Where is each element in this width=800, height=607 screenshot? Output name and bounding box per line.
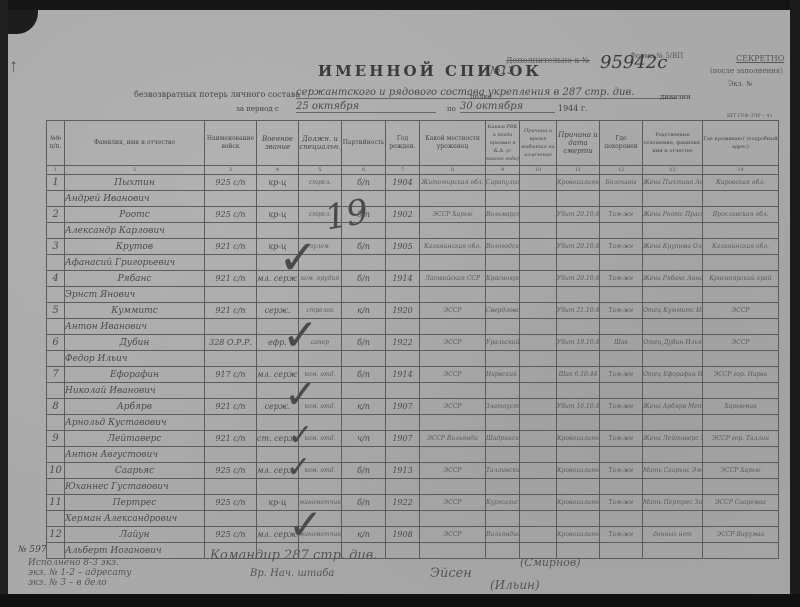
header-name: Фамилия, имя и отчество bbox=[65, 121, 205, 166]
cell-empty bbox=[47, 543, 65, 559]
party: б/п bbox=[342, 367, 386, 383]
birth-year: 1905 bbox=[386, 239, 420, 255]
birth-year: 1914 bbox=[386, 367, 420, 383]
cell-empty bbox=[420, 191, 486, 207]
check-mark-icon: ✓ bbox=[288, 500, 323, 549]
classification-stamp: СЕКРЕТНО bbox=[736, 54, 784, 63]
surname: Ефорафин bbox=[65, 367, 205, 383]
buried: Там-же bbox=[600, 367, 643, 383]
cell-empty bbox=[386, 415, 420, 431]
party: б/п bbox=[342, 271, 386, 287]
row-number: 10 bbox=[47, 463, 65, 479]
cell-empty bbox=[557, 319, 600, 335]
row-number: 1 bbox=[47, 175, 65, 191]
colnum: 3 bbox=[205, 166, 257, 175]
distribution-note: Исполнено 8-3 экз. экз. № 1-2 – адресату… bbox=[28, 558, 131, 588]
cell-empty bbox=[420, 319, 486, 335]
address: ЭССР гор. Таллин bbox=[703, 431, 779, 447]
cell-empty bbox=[557, 383, 600, 399]
cell-empty bbox=[420, 287, 486, 303]
birthplace: ЭССР bbox=[420, 463, 486, 479]
cell-empty bbox=[600, 415, 643, 431]
address: Калининская обл. bbox=[703, 239, 779, 255]
cell-empty bbox=[643, 287, 703, 303]
cell-empty bbox=[342, 383, 386, 399]
cause-death: Убит 16.10.44 bbox=[557, 399, 600, 415]
party: б/п bbox=[342, 239, 386, 255]
row-number: 6 bbox=[47, 335, 65, 351]
buried: Там-же bbox=[600, 271, 643, 287]
header-unit: Наименование войск bbox=[205, 121, 257, 166]
title-number: №13 bbox=[490, 64, 514, 77]
cell-empty bbox=[420, 383, 486, 399]
check-mark-icon: ✓ bbox=[284, 372, 318, 418]
cell-empty bbox=[486, 255, 520, 271]
cell-empty bbox=[703, 287, 779, 303]
cause-time bbox=[520, 239, 557, 255]
cell-empty bbox=[486, 287, 520, 303]
header-buried: Где похоронен bbox=[600, 121, 643, 166]
cell-empty bbox=[342, 479, 386, 495]
header-party: Партийность bbox=[342, 121, 386, 166]
cell-empty bbox=[557, 447, 600, 463]
relative: Жена Арбярв Мета bbox=[643, 399, 703, 415]
cell-empty bbox=[47, 511, 65, 527]
birthplace: ЭССР Харью bbox=[420, 207, 486, 223]
cell-empty bbox=[47, 319, 65, 335]
cell-empty bbox=[386, 319, 420, 335]
colnum: 8 bbox=[420, 166, 486, 175]
period-from-date: 25 октября bbox=[296, 101, 436, 113]
casualty-table: №№ п/п. Фамилия, имя и отчество Наименов… bbox=[46, 120, 779, 559]
cell-empty bbox=[205, 319, 257, 335]
period-from-label: за период с bbox=[236, 105, 279, 113]
given-name: Александр Карлович bbox=[65, 223, 205, 239]
header-cause-death: Причина и дата смерти bbox=[557, 121, 600, 166]
birthplace: Житомирская обл. bbox=[420, 175, 486, 191]
cause-death: Кровоизлияние 20.10.44 bbox=[557, 431, 600, 447]
division-label: дивизии bbox=[660, 93, 691, 101]
cell-empty bbox=[342, 255, 386, 271]
cell-empty bbox=[520, 383, 557, 399]
cell-empty bbox=[205, 447, 257, 463]
cell-empty bbox=[386, 255, 420, 271]
cell-empty bbox=[299, 287, 342, 303]
cell-empty bbox=[342, 351, 386, 367]
cell-empty bbox=[703, 415, 779, 431]
header-row: №№ п/п. Фамилия, имя и отчество Наименов… bbox=[47, 121, 779, 166]
table-row-continued: Андрей Иванович bbox=[47, 191, 779, 207]
cell-empty bbox=[520, 319, 557, 335]
cell-empty bbox=[520, 255, 557, 271]
address: Красноярский край bbox=[703, 271, 779, 287]
relative: Жена Роотс Прасковья Сергеевна bbox=[643, 207, 703, 223]
buried: Там-же bbox=[600, 431, 643, 447]
cell-empty bbox=[600, 383, 643, 399]
scan-border-left bbox=[0, 0, 8, 607]
table-row: 5Куммитс921 с/псерж.стрелокк/п1920ЭССРСв… bbox=[47, 303, 779, 319]
signature-ilyin: (Ильин) bbox=[490, 578, 540, 592]
birth-year: 1922 bbox=[386, 335, 420, 351]
unit: 925 с/п bbox=[205, 463, 257, 479]
party: б/п bbox=[342, 463, 386, 479]
copy-number-label: Экз. № bbox=[728, 80, 753, 88]
party: ч/п bbox=[342, 431, 386, 447]
conscripted: Уральский РВК 1941 bbox=[486, 335, 520, 351]
period-to-label: по bbox=[447, 105, 456, 113]
relative: Отец Дубин Илья bbox=[643, 335, 703, 351]
check-mark-icon: ✓ bbox=[288, 418, 313, 453]
cell-empty bbox=[600, 511, 643, 527]
colnum: 11 bbox=[557, 166, 600, 175]
cause-death: Убит 20.10.44 bbox=[557, 271, 600, 287]
handwritten-count: 19 bbox=[322, 192, 372, 239]
cause-death: Кровоизлияние 20.10.44 bbox=[557, 495, 600, 511]
cell-empty bbox=[520, 191, 557, 207]
cell-empty bbox=[420, 447, 486, 463]
party: б/п bbox=[342, 175, 386, 191]
form-number: Форма № 5/ВП bbox=[630, 52, 683, 60]
party: б/п bbox=[342, 495, 386, 511]
cell-empty bbox=[703, 255, 779, 271]
conscripted: Вологодский РВК 1941 bbox=[486, 239, 520, 255]
conscripted: Красноярский РВК 1941 bbox=[486, 271, 520, 287]
table-row: 9Лейтаверс921 с/пст. серж.ком. отд.ч/п19… bbox=[47, 431, 779, 447]
cell-empty bbox=[486, 383, 520, 399]
cell-empty bbox=[557, 511, 600, 527]
cause-death: Кровоизлияние 20.10.44 bbox=[557, 527, 600, 543]
table-row-continued: Юханнес Густавович bbox=[47, 479, 779, 495]
birth-year: 1907 bbox=[386, 431, 420, 447]
cell-empty bbox=[47, 223, 65, 239]
table-row: 7Ефорафин917 с/пмл. серж.ком. отд.б/п191… bbox=[47, 367, 779, 383]
cell-empty bbox=[386, 511, 420, 527]
cell-empty bbox=[643, 351, 703, 367]
surname: Пыхтин bbox=[65, 175, 205, 191]
cause-death: Убит 20.10.44 bbox=[557, 207, 600, 223]
address: ЭССР гор. Нарва bbox=[703, 367, 779, 383]
given-name: Николай Иванович bbox=[65, 383, 205, 399]
row-number: 2 bbox=[47, 207, 65, 223]
birth-year: 1908 bbox=[386, 527, 420, 543]
check-mark-icon: ✓ bbox=[286, 450, 311, 485]
given-name: Арнольд Куставович bbox=[65, 415, 205, 431]
unit: 921 с/п bbox=[205, 303, 257, 319]
table-row: 11Пертрес925 с/пкр-цминометчикб/п1922ЭСС… bbox=[47, 495, 779, 511]
cell-empty bbox=[47, 447, 65, 463]
cell-empty bbox=[386, 447, 420, 463]
scan-border-bottom bbox=[0, 594, 800, 607]
cell-empty bbox=[386, 479, 420, 495]
unit: 328 О.Р.Р. bbox=[205, 335, 257, 351]
table-row: 2Роотс925 с/пкр-цстрел.б/п1902ЭССР Харью… bbox=[47, 207, 779, 223]
buried: Там-же bbox=[600, 495, 643, 511]
cell-empty bbox=[486, 479, 520, 495]
colnum: 4 bbox=[257, 166, 299, 175]
cell-empty bbox=[420, 415, 486, 431]
check-mark-icon: ✓ bbox=[282, 310, 319, 361]
colnum: 6 bbox=[342, 166, 386, 175]
relative: данных нет bbox=[643, 527, 703, 543]
relative: Отец Куммитс Иван bbox=[643, 303, 703, 319]
cell-empty bbox=[205, 383, 257, 399]
scan-border-top bbox=[0, 0, 800, 10]
relative: Жена Рябанс Анна bbox=[643, 271, 703, 287]
unit: 925 с/п bbox=[205, 495, 257, 511]
check-mark-icon: ✓ bbox=[278, 230, 318, 286]
page-number: № 597 bbox=[18, 545, 47, 555]
unit: 925 с/п bbox=[205, 527, 257, 543]
cell-empty bbox=[342, 319, 386, 335]
cell-empty bbox=[47, 383, 65, 399]
birthplace: ЭССР bbox=[420, 399, 486, 415]
surname: Лейтаверс bbox=[65, 431, 205, 447]
cell-empty bbox=[420, 543, 486, 559]
table-row-continued: Афанасий Григорьевич bbox=[47, 255, 779, 271]
cell-empty bbox=[643, 383, 703, 399]
cell-empty bbox=[643, 543, 703, 559]
cell-empty bbox=[386, 383, 420, 399]
address: ЭССР bbox=[703, 335, 779, 351]
colnum: 9 bbox=[486, 166, 520, 175]
party: к/п bbox=[342, 399, 386, 415]
unit: 921 с/п bbox=[205, 239, 257, 255]
buried: Там-же bbox=[600, 207, 643, 223]
cell-empty bbox=[420, 479, 486, 495]
after-filling-note: (после заполнения) bbox=[710, 67, 783, 75]
rank: кр-ц bbox=[257, 207, 299, 223]
relative: Мать Саарьяс Эмилия bbox=[643, 463, 703, 479]
cell-empty bbox=[205, 415, 257, 431]
row-number: 12 bbox=[47, 527, 65, 543]
cell-empty bbox=[47, 351, 65, 367]
cause-time bbox=[520, 431, 557, 447]
cell-empty bbox=[643, 191, 703, 207]
given-name: Херман Александрович bbox=[65, 511, 205, 527]
relative: Отец Ефорафин Иван Павлович bbox=[643, 367, 703, 383]
conscripted: Вольмарский РВК bbox=[486, 207, 520, 223]
cell-empty bbox=[643, 223, 703, 239]
cell-empty bbox=[486, 351, 520, 367]
buried: Там-же bbox=[600, 303, 643, 319]
given-name: Федор Ильич bbox=[65, 351, 205, 367]
row-number: 9 bbox=[47, 431, 65, 447]
colnum: 12 bbox=[600, 166, 643, 175]
table-row: 12Лайун925 с/пмл. серж.минометчикк/п1908… bbox=[47, 527, 779, 543]
birth-year: 1922 bbox=[386, 495, 420, 511]
buried: Там-же bbox=[600, 463, 643, 479]
table-row-continued: Александр Карлович bbox=[47, 223, 779, 239]
cell-empty bbox=[520, 287, 557, 303]
cell-empty bbox=[600, 543, 643, 559]
cause-death: Убит 20.10.44 bbox=[557, 239, 600, 255]
form-code: ШТ ГЕФ ЗЧР – 41 bbox=[727, 113, 773, 119]
cause-time bbox=[520, 527, 557, 543]
cell-empty bbox=[703, 223, 779, 239]
row-number: 3 bbox=[47, 239, 65, 255]
address: Кировская обл. bbox=[703, 175, 779, 191]
cause-time bbox=[520, 495, 557, 511]
cell-empty bbox=[205, 223, 257, 239]
table-row-continued: Херман Александрович bbox=[47, 511, 779, 527]
cell-empty bbox=[486, 543, 520, 559]
cell-empty bbox=[486, 319, 520, 335]
table-row: 8Арбярв921 с/псерж.ком. отд.к/п1907ЭССРЗ… bbox=[47, 399, 779, 415]
period-year: 1944 г. bbox=[558, 104, 588, 113]
cell-empty bbox=[557, 287, 600, 303]
cell-empty bbox=[47, 255, 65, 271]
table-row-continued: Антон Августович bbox=[47, 447, 779, 463]
cell-empty bbox=[420, 351, 486, 367]
cell-empty bbox=[557, 479, 600, 495]
address: Ярославская обл. bbox=[703, 207, 779, 223]
cell-empty bbox=[703, 351, 779, 367]
cause-death: Убит 21.10.44 bbox=[557, 303, 600, 319]
colnum: 10 bbox=[520, 166, 557, 175]
cell-empty bbox=[47, 479, 65, 495]
header-rank: Военное звание bbox=[257, 121, 299, 166]
cell-empty bbox=[643, 255, 703, 271]
rank: кр-ц bbox=[257, 175, 299, 191]
cell-empty bbox=[342, 511, 386, 527]
row-number: 4 bbox=[47, 271, 65, 287]
table-row-continued: Федор Ильич bbox=[47, 351, 779, 367]
cell-empty bbox=[600, 191, 643, 207]
cell-empty bbox=[386, 191, 420, 207]
cause-time bbox=[520, 303, 557, 319]
relative: Жена Пыхтина Анна bbox=[643, 175, 703, 191]
cell-empty bbox=[643, 415, 703, 431]
cell-empty bbox=[342, 287, 386, 303]
party: к/п bbox=[342, 303, 386, 319]
colnum: 2 bbox=[65, 166, 205, 175]
cell-empty bbox=[205, 479, 257, 495]
cell-empty bbox=[520, 351, 557, 367]
conscripted: Нарвский РВК 1941 bbox=[486, 367, 520, 383]
surname: Дубин bbox=[65, 335, 205, 351]
birthplace: Латвийская ССР bbox=[420, 271, 486, 287]
cell-empty bbox=[486, 191, 520, 207]
cell-empty bbox=[600, 447, 643, 463]
cell-empty bbox=[600, 223, 643, 239]
table-row-continued: Альберт Иоганович bbox=[47, 543, 779, 559]
table-row-continued: Арнольд Куставович bbox=[47, 415, 779, 431]
commander-signature-label: Командир 287 стр. див. bbox=[210, 548, 378, 563]
cell-empty bbox=[557, 255, 600, 271]
cell-empty bbox=[703, 511, 779, 527]
cell-empty bbox=[557, 223, 600, 239]
birth-year: 1904 bbox=[386, 175, 420, 191]
cause-death: Убит 19.10.44 bbox=[557, 335, 600, 351]
cell-empty bbox=[342, 447, 386, 463]
cause-death: Кровоизлияние 21.10.44 bbox=[557, 175, 600, 191]
cell-empty bbox=[600, 319, 643, 335]
address: ЭССР bbox=[703, 303, 779, 319]
column-number-row: 1 2 3 4 5 6 7 8 9 10 11 12 13 14 bbox=[47, 166, 779, 175]
header-relative-name: Родственные отношения, фамилия, имя и от… bbox=[643, 121, 703, 166]
relative: Жена Крутова Ольга bbox=[643, 239, 703, 255]
margin-mark: ᛏ bbox=[10, 60, 17, 74]
cell-empty bbox=[600, 479, 643, 495]
cell-empty bbox=[703, 383, 779, 399]
cell-empty bbox=[47, 191, 65, 207]
cell-empty bbox=[643, 319, 703, 335]
unit: 925 с/п bbox=[205, 207, 257, 223]
colnum: 5 bbox=[299, 166, 342, 175]
cause-time bbox=[520, 399, 557, 415]
cell-empty bbox=[703, 479, 779, 495]
cell-empty bbox=[386, 287, 420, 303]
birthplace: Калининская обл. bbox=[420, 239, 486, 255]
colnum: 1 bbox=[47, 166, 65, 175]
cell-empty bbox=[486, 415, 520, 431]
relative: Жена Лейтаверс Эльфрида bbox=[643, 431, 703, 447]
period-to-date: 30 октября bbox=[460, 101, 555, 113]
cause-death: Шак 6.10.44 bbox=[557, 367, 600, 383]
cause-time bbox=[520, 335, 557, 351]
header-conscripted: Каким РВК и когда призван в К.А. (с како… bbox=[486, 121, 520, 166]
cell-empty bbox=[600, 255, 643, 271]
cause-time bbox=[520, 207, 557, 223]
cell-empty bbox=[257, 287, 299, 303]
unit: 925 с/п bbox=[205, 175, 257, 191]
header-role: Должн. и специальн. bbox=[299, 121, 342, 166]
colnum: 7 bbox=[386, 166, 420, 175]
given-name: Альберт Иоганович bbox=[65, 543, 205, 559]
cell-empty bbox=[520, 223, 557, 239]
cell-empty bbox=[386, 351, 420, 367]
cause-time bbox=[520, 175, 557, 191]
conscripted: Кургсальский РВК 1941 bbox=[486, 495, 520, 511]
cell-empty bbox=[643, 479, 703, 495]
conscripted: Вильяндиский РВК 1941 bbox=[486, 527, 520, 543]
surname: Роотс bbox=[65, 207, 205, 223]
header-cause-time: Причина и время выбытия на излечение bbox=[520, 121, 557, 166]
birthplace: ЭССР bbox=[420, 335, 486, 351]
scan-border-right bbox=[790, 0, 800, 607]
signature-eisen: Эйсен bbox=[430, 566, 472, 581]
address: ЭССР Вирумаа bbox=[703, 527, 779, 543]
cell-empty bbox=[205, 191, 257, 207]
losses-label: безвозвратных потерь личного состава bbox=[134, 90, 300, 99]
cell-empty bbox=[557, 191, 600, 207]
given-name: Афанасий Григорьевич bbox=[65, 255, 205, 271]
regiment-label: полка bbox=[470, 93, 492, 101]
cause-time bbox=[520, 463, 557, 479]
given-name: Антон Иванович bbox=[65, 319, 205, 335]
table-row-continued: Николай Иванович bbox=[47, 383, 779, 399]
birthplace: ЭССР bbox=[420, 527, 486, 543]
table-row-continued: Эрнст Янович bbox=[47, 287, 779, 303]
cell-empty bbox=[47, 415, 65, 431]
birth-year: 1920 bbox=[386, 303, 420, 319]
cell-empty bbox=[47, 287, 65, 303]
table-row: 6Дубин328 О.Р.Р.ефр.саперб/п1922ЭССРУрал… bbox=[47, 335, 779, 351]
cell-empty bbox=[557, 415, 600, 431]
colnum: 13 bbox=[643, 166, 703, 175]
cell-empty bbox=[520, 447, 557, 463]
header-birthplace: Какой местности уроженец bbox=[420, 121, 486, 166]
buried: Там-же bbox=[600, 527, 643, 543]
cell-empty bbox=[520, 511, 557, 527]
relative: Мать Пертрес Зинаида bbox=[643, 495, 703, 511]
birthplace: ЭССР Вильянди bbox=[420, 431, 486, 447]
birthplace: ЭССР bbox=[420, 303, 486, 319]
cell-empty bbox=[486, 511, 520, 527]
cell-empty bbox=[205, 511, 257, 527]
cell-empty bbox=[420, 223, 486, 239]
surname: Крутов bbox=[65, 239, 205, 255]
